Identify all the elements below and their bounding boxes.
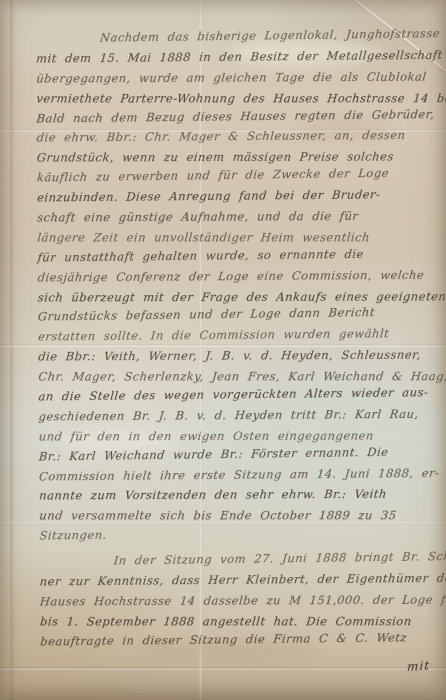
paragraph: In der Sitzung vom 27. Juni 1888 bringt … [39, 550, 436, 652]
paragraph: Nachdem das bisherige Logenlokal, Jungho… [36, 27, 436, 547]
paper-edge-shadow-left [10, 0, 15, 700]
handwritten-line: Br.: Karl Weichand wurde Br.: Förster er… [38, 442, 436, 467]
handwritten-line: diesjährige Conferenz der Loge eine Comm… [37, 265, 435, 288]
manuscript-photo: Nachdem das bisherige Logenlokal, Jungho… [0, 0, 446, 700]
handwritten-line: schaft eine günstige Aufnahme, und da di… [36, 206, 434, 228]
handwritten-line: die ehrw. Bbr.: Chr. Mager & Schleussner… [36, 126, 434, 149]
catchword: mit [406, 658, 430, 674]
handwritten-line: übergegangen, wurde am gleichen Tage die… [35, 67, 433, 89]
handwritten-line: geschiedenen Br. J. B. v. d. Heyden trit… [38, 405, 436, 428]
handwritten-line: mit dem 15. Mai 1888 in den Besitz der M… [35, 46, 433, 69]
handwritten-line: erstatten sollte. In die Commission wurd… [37, 324, 435, 347]
handwritten-line: einzubinden. Diese Anregung fand bei der… [36, 185, 434, 208]
handwritten-line: nannte zum Vorsitzenden den sehr ehrw. B… [38, 485, 436, 507]
handwritten-line: an die Stelle des wegen vorgerückten Alt… [37, 383, 435, 407]
handwritten-line: Commission hielt ihre erste Sitzung am 1… [38, 463, 436, 486]
handwritten-text-block: Nachdem das bisherige Logenlokal, Jungho… [36, 27, 436, 652]
handwritten-line: ner zur Kenntniss, dass Herr Kleinbert, … [39, 569, 437, 592]
handwritten-line: beauftragte in dieser Sitzung die Firma … [39, 628, 437, 652]
handwritten-line: Sitzungen. [38, 522, 436, 546]
handwritten-line: für unstatthaft gehalten wurde, so ernan… [36, 244, 434, 268]
fold-crease-horizontal-bottom [0, 667, 446, 670]
handwritten-line: die Bbr.: Veith, Werner, J. B. v. d. Hey… [37, 346, 435, 368]
handwritten-line: Hauses Hochstrasse 14 dasselbe zu M 151,… [39, 590, 437, 612]
